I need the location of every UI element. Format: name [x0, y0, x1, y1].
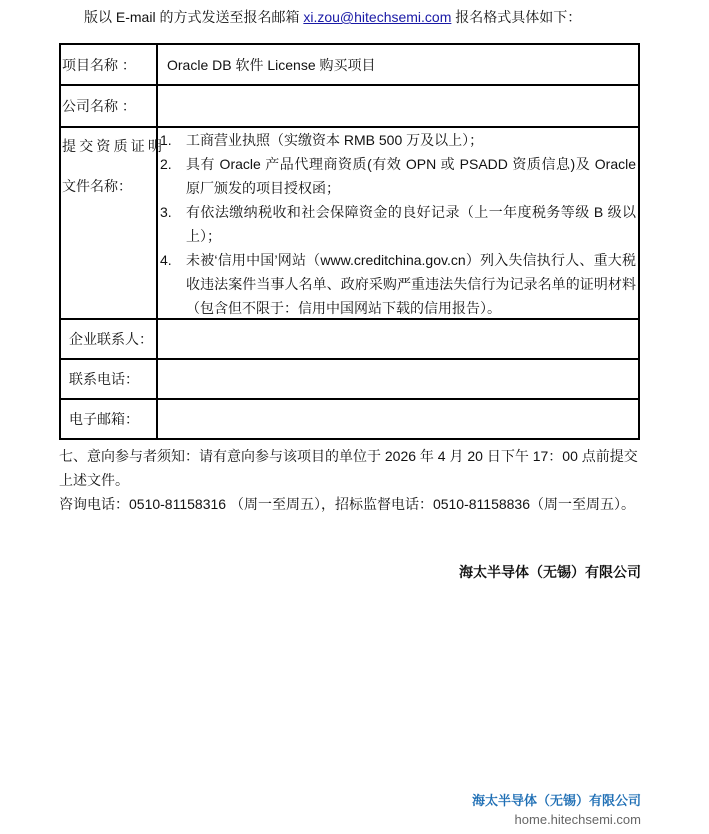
row-qualification-docs: 提交资质证明 文件名称： 1. 工商营业执照（实缴资本 RMB 500 万及以上…: [61, 126, 638, 318]
row-contact-phone: 联系电话：: [61, 358, 638, 398]
company-name-field[interactable]: [158, 86, 638, 126]
item-number: 3.: [158, 200, 186, 248]
email-link[interactable]: xi.zou@hitechsemi.com: [303, 9, 451, 25]
email-label: 电子邮箱：: [61, 400, 158, 438]
project-name-label: 项目名称 ：: [61, 45, 158, 84]
company-signature: 海太半导体（无锡）有限公司: [459, 562, 641, 582]
list-item: 4. 未被‘信用中国’网站（www.creditchina.gov.cn）列入失…: [158, 248, 638, 320]
list-item: 1. 工商营业执照（实缴资本 RMB 500 万及以上）；: [158, 128, 638, 152]
list-item: 3. 有依法缴纳税收和社会保障资金的良好记录（上一年度税务等级 B 级以上）；: [158, 200, 638, 248]
notice-deadline: 七、意向参与者须知：请有意向参与该项目的单位于 2026 年 4 月 20 日下…: [59, 444, 643, 492]
contact-phone-label: 联系电话：: [61, 360, 158, 398]
project-name-value: Oracle DB 软件 License 购买项目: [158, 45, 638, 84]
participant-notice: 七、意向参与者须知：请有意向参与该项目的单位于 2026 年 4 月 20 日下…: [59, 444, 643, 516]
contact-phone-field[interactable]: [158, 360, 638, 398]
item-text: 具有 Oracle 产品代理商资质(有效 OPN 或 PSADD 资质信息)及 …: [186, 152, 638, 200]
notice-contact-phones: 咨询电话：0510-81158316 （周一至周五），招标监督电话：0510-8…: [59, 492, 643, 516]
qualification-docs-label: 提交资质证明 文件名称：: [61, 128, 158, 318]
row-email: 电子邮箱：: [61, 398, 638, 438]
item-number: 4.: [158, 248, 186, 320]
email-field[interactable]: [158, 400, 638, 438]
footer-company-name: 海太半导体（无锡）有限公司: [472, 790, 641, 809]
item-number: 1.: [158, 128, 186, 152]
intro-text: 版以 E-mail 的方式发送至报名邮箱 xi.zou@hitechsemi.c…: [84, 6, 581, 28]
registration-form-table: 项目名称 ： Oracle DB 软件 License 购买项目 公司名称 ： …: [59, 43, 640, 440]
contact-person-label: 企业联系人：: [61, 320, 158, 358]
intro-suffix: 报名格式具体如下：: [451, 9, 581, 25]
item-text: 有依法缴纳税收和社会保障资金的良好记录（上一年度税务等级 B 级以上）；: [186, 200, 638, 248]
qualification-label-line2: 文件名称：: [62, 174, 132, 198]
intro-prefix: 版以 E-mail 的方式发送至报名邮箱: [84, 9, 303, 25]
contact-person-field[interactable]: [158, 320, 638, 358]
qualification-label-line1: 提交资质证明: [62, 134, 165, 158]
qualification-docs-list: 1. 工商营业执照（实缴资本 RMB 500 万及以上）； 2. 具有 Orac…: [158, 128, 638, 318]
row-company-name: 公司名称 ：: [61, 84, 638, 126]
company-name-label: 公司名称 ：: [61, 86, 158, 126]
list-item: 2. 具有 Oracle 产品代理商资质(有效 OPN 或 PSADD 资质信息…: [158, 152, 638, 200]
footer-website[interactable]: home.hitechsemi.com: [515, 812, 641, 827]
row-project-name: 项目名称 ： Oracle DB 软件 License 购买项目: [61, 45, 638, 84]
item-text: 未被‘信用中国’网站（www.creditchina.gov.cn）列入失信执行…: [186, 248, 638, 320]
item-text: 工商营业执照（实缴资本 RMB 500 万及以上）；: [186, 128, 638, 152]
row-contact-person: 企业联系人：: [61, 318, 638, 358]
item-number: 2.: [158, 152, 186, 200]
